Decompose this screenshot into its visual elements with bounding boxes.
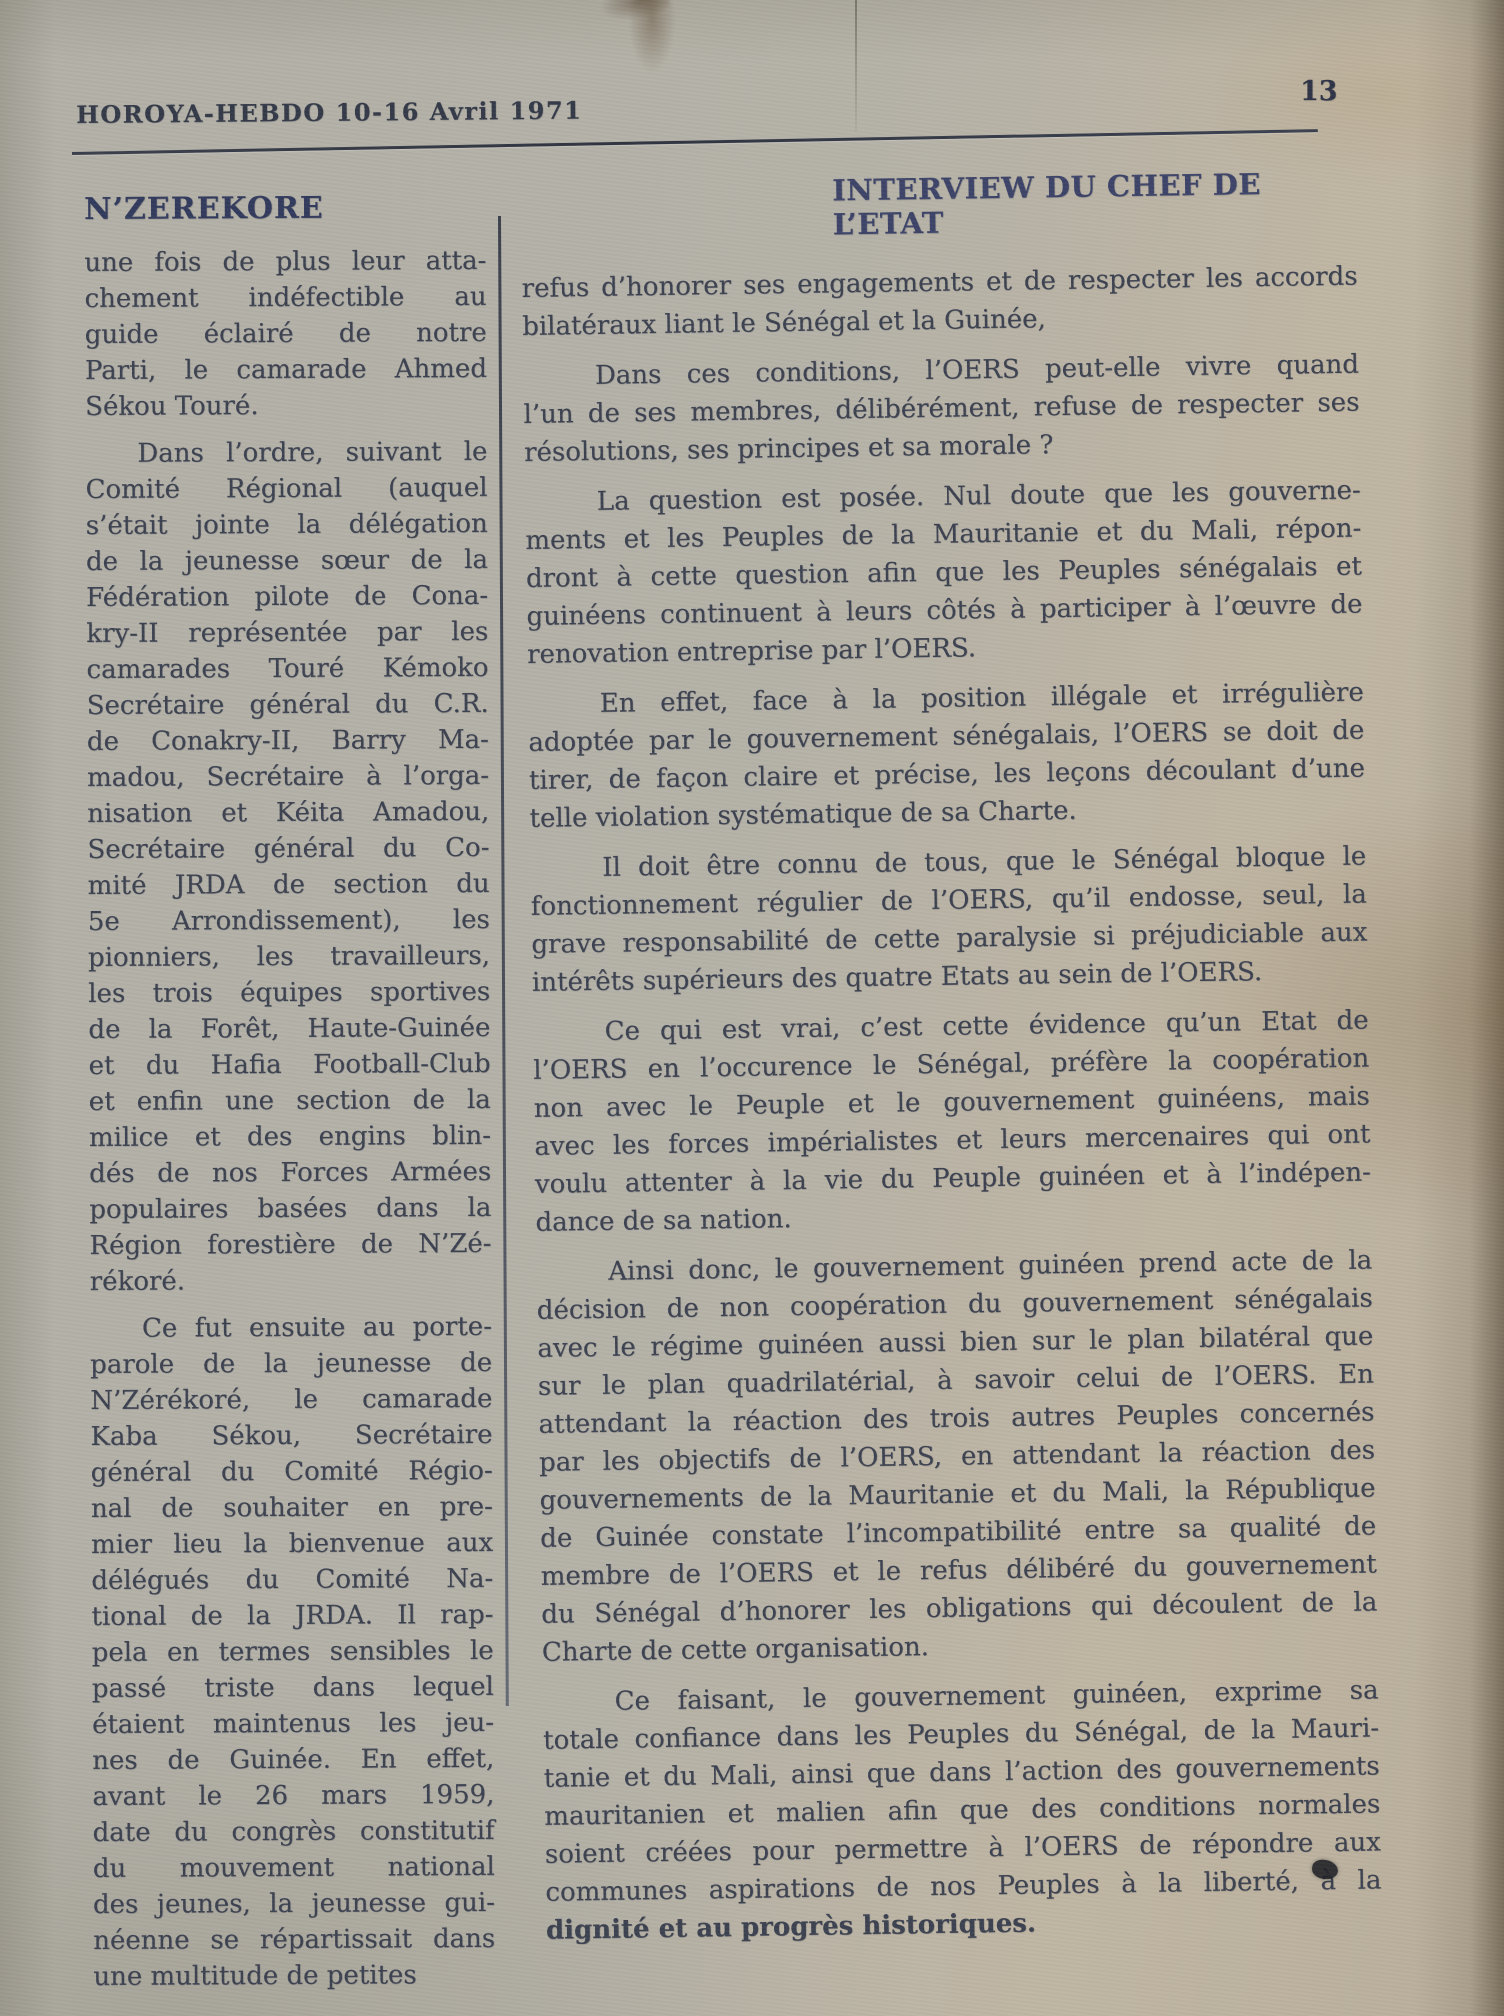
text-line: général du Comité Régio- [91, 1453, 493, 1491]
paragraph: Dans ces conditions, l’OERS peut-elle vi… [523, 346, 1361, 472]
text-line: Fédération pilote de Cona- [86, 578, 488, 616]
text-line: néenne se répartissait dans [93, 1921, 495, 1959]
text-line: les trois équipes sportives [88, 974, 490, 1012]
text-line: chement indéfectible au [84, 279, 486, 317]
newspaper-page: HOROYA-HEBDO 10-16 Avril 1971 13 N’ZEREK… [0, 0, 1504, 2016]
text-line: et enfin une section de la [89, 1082, 491, 1120]
paragraph: Dans l’ordre, suivant leComité Régional … [85, 434, 492, 1300]
text-line: mier lieu la bienvenue aux [91, 1525, 493, 1563]
text-line: Ce fut ensuite au porte- [90, 1309, 492, 1347]
paragraph: refus d’honorer ses engagements et de re… [521, 258, 1358, 346]
text-line: 5e Arrondissement), les [88, 902, 490, 940]
text-line: nal de souhaiter en pre- [91, 1489, 493, 1527]
text-line: Comité Régional (auquel [85, 470, 487, 508]
text-line: des jeunes, la jeunesse gui- [93, 1885, 495, 1923]
text-line: s’était jointe la délégation [86, 506, 488, 544]
column-divider [498, 216, 508, 1706]
masthead: HOROYA-HEBDO 10-16 Avril 1971 [76, 96, 582, 129]
text-line: Dans l’ordre, suivant le [85, 434, 487, 472]
text-line: du mouvement national [93, 1849, 495, 1887]
page-number: 13 [1300, 76, 1338, 107]
text-line: N’Zérékoré, le camarade [90, 1381, 492, 1419]
text-line: populaires basées dans la [89, 1190, 491, 1228]
text-line: Kaba Sékou, Secrétaire [90, 1417, 492, 1455]
text-line: de Conakry-II, Barry Ma- [87, 722, 489, 760]
text-line: guide éclairé de notre [85, 315, 487, 353]
text-line: camarades Touré Kémoko [86, 650, 488, 688]
text-line: passé triste dans lequel [92, 1669, 494, 1707]
text-line: pionniers, les travailleurs, [88, 938, 490, 976]
header-rule [72, 129, 1318, 155]
paragraph: Ce fut ensuite au porte-parole de la jeu… [90, 1309, 496, 1995]
text-line: nes de Guinée. En effet, [92, 1741, 494, 1779]
text-line: madou, Secrétaire à l’orga- [87, 758, 489, 796]
paragraph: La question est posée. Nul doute que les… [525, 472, 1364, 674]
text-line: date du congrès constitutif [92, 1813, 494, 1851]
text-line: nisation et Kéita Amadou, [87, 794, 489, 832]
paragraph: une fois de plus leur atta-chement indéf… [84, 243, 487, 425]
right-column-body: refus d’honorer ses engagements et de re… [521, 258, 1382, 1950]
text-line: délégués du Comité Na- [91, 1561, 493, 1599]
text-line: de la jeunesse sœur de la [86, 542, 488, 580]
text-line: dés de nos Forces Armées [89, 1154, 491, 1192]
paragraph: En effet, face à la position illégale et… [528, 674, 1366, 838]
text-line: une fois de plus leur atta- [84, 243, 486, 281]
article-heading-interview: INTERVIEW DU CHEF DE L’ETAT [832, 166, 1357, 242]
text-line: une multitude de petites [93, 1957, 495, 1995]
text-line: avant le 26 mars 1959, [92, 1777, 494, 1815]
paragraph: Il doit être connu de tous, que le Sénég… [530, 838, 1368, 1002]
text-line: tional de la JRDA. Il rap- [91, 1597, 493, 1635]
text-line: Sékou Touré. [85, 387, 487, 425]
left-column-body: une fois de plus leur atta-chement indéf… [84, 243, 495, 1995]
text-line: pela en termes sensibles le [92, 1633, 494, 1671]
right-column: INTERVIEW DU CHEF DE L’ETAT refus d’hono… [520, 166, 1382, 1962]
paragraph: Ce faisant, le gouvernement guinéen, exp… [542, 1671, 1382, 1949]
text-line: Région forestière de N’Zé- [89, 1226, 491, 1264]
paragraph: Ainsi donc, le gouvernement guinéen pren… [536, 1241, 1378, 1671]
paper-stain [598, 0, 672, 27]
text-line: kry-II représentée par les [86, 614, 488, 652]
paragraph: Ce qui est vrai, c’est cette évidence qu… [532, 1002, 1371, 1242]
paper-crease [855, 0, 857, 132]
text-line: mité JRDA de section du [88, 866, 490, 904]
section-heading-nzerekore: N’ZEREKORE [84, 190, 486, 227]
text-line: et du Hafia Football-Club [88, 1046, 490, 1084]
left-column: N’ZEREKORE une fois de plus leur atta-ch… [84, 190, 495, 2006]
text-line: de la Forêt, Haute-Guinée [88, 1010, 490, 1048]
text-line: parole de la jeunesse de [90, 1345, 492, 1383]
text-line: rékoré. [90, 1262, 492, 1300]
text-line: Secrétaire général du C.R. [87, 686, 489, 724]
text-line: Parti, le camarade Ahmed [85, 351, 487, 389]
text-line: Secrétaire général du Co- [87, 830, 489, 868]
text-line: étaient maintenus les jeu- [92, 1705, 494, 1743]
text-line: milice et des engins blin- [89, 1118, 491, 1156]
